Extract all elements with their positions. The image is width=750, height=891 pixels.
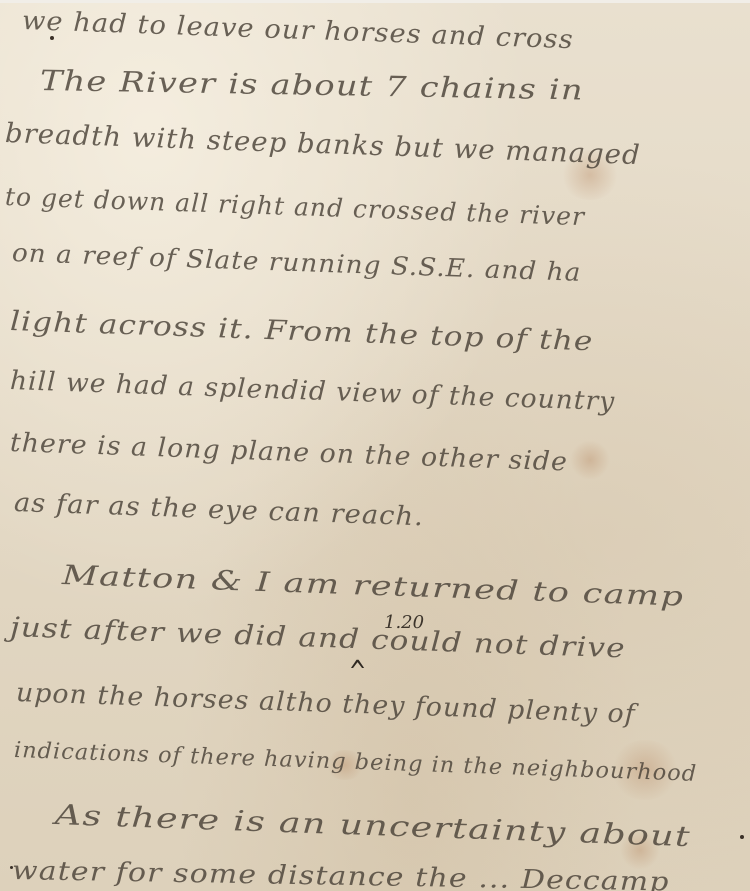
manuscript-line-13: indications of there having being in the… [14,738,698,787]
manuscript-line-5: on a reef of Slate running S.S.E. and ha [11,238,581,287]
manuscript-line-12: upon the horses altho they found plenty … [15,678,636,730]
manuscript-line-2: The River is about 7 chains in [40,64,584,106]
stain-2 [570,440,610,480]
manuscript-line-14: As there is an uncertainty about [54,798,691,853]
manuscript-page: we had to leave our horses and cross The… [0,0,750,891]
time-insertion-annotation: 1.20 [384,612,424,633]
manuscript-line-15: water for some distance the ... Deccamp [12,856,670,891]
manuscript-line-1: we had to leave our horses and cross [21,6,574,55]
manuscript-line-4: to get down all right and crossed the ri… [4,182,585,231]
manuscript-line-6: light across it. From the top of the [9,306,593,357]
manuscript-line-9: as far as the eye can reach. [13,488,424,532]
manuscript-line-7: hill we had a splendid view of the count… [9,366,615,417]
manuscript-line-10: Matton & I am returned to camp [61,560,684,613]
manuscript-line-3: breadth with steep banks but we managed [4,118,641,171]
manuscript-line-11: just after we did and could not drive [9,612,626,664]
manuscript-line-8: there is a long plane on the other side [9,428,568,477]
ink-dot-2 [740,835,744,839]
insertion-caret-mark: ^ [349,655,367,690]
page-top-edge [0,0,750,3]
